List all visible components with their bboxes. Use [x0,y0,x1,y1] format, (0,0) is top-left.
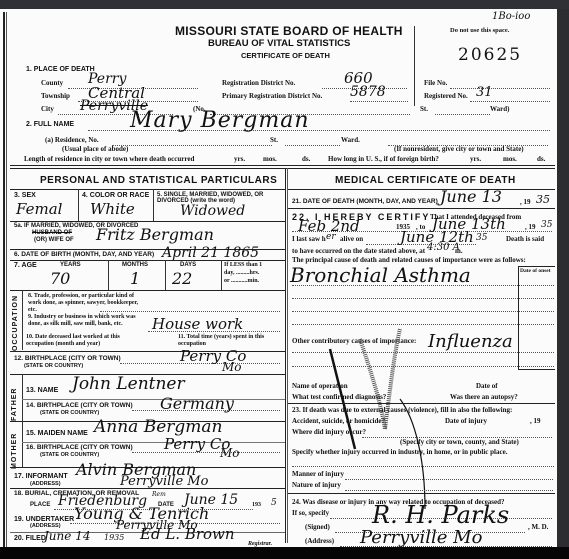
dob-value: April 21 1865 [162,245,259,261]
industry-value: House work [152,315,243,333]
city-label: City [41,105,54,113]
industry-label: 9. Industry or business in which work wa… [28,314,148,328]
specify-where-label: Specify whether injury occurred in indus… [292,448,507,456]
mother-birthplace-label: 16. BIRTHPLACE (CITY OR TOWN) [26,444,133,451]
operation-date-label: Date of [476,382,498,390]
township-label: Township [41,92,70,100]
certificate-stamp-number: 20625 [458,45,522,65]
full-name-value: Mary Bergman [130,108,310,133]
us-length-label: How long in U. S., if of foreign birth? [328,155,439,163]
death-said-label: Death is said [506,235,544,243]
manner-of-injury-label: Manner of injury [292,470,344,478]
less-than-label-3: or ...........min. [224,278,259,284]
age-months-value: 1 [130,269,140,288]
burial-note: Rem [152,491,166,498]
father-vertical-label: FATHER [11,388,18,421]
age-label: 7. AGE [14,262,37,269]
accident-label: Accident, suicide, or homicide? [292,417,385,425]
date-of-death-year-prefix: , 19 [520,198,531,206]
operation-label: Name of operation [292,382,348,390]
residence-label: (a) Residence, No. [45,136,99,144]
race-label: 4. COLOR OR RACE [82,192,149,199]
mother-name-label: 15. MAIDEN NAME [26,430,88,437]
length-mos: mos. [263,155,277,163]
informant-address-label: (ADDRESS) [30,481,61,487]
header-divider [414,26,415,106]
md-label: , M. D. [528,523,548,531]
physician-signature: R. H. Parks [372,501,509,529]
full-name-label: 2. FULL NAME [26,121,74,128]
less-than-label-2: day, .........hrs. [224,270,259,276]
age-days-label: DAYS [180,262,196,268]
viewer-bottom-bar [0,547,569,559]
viewer-top-bar [0,0,569,9]
death-certificate: 1Bo-ioo MISSOURI STATE BOARD OF HEALTH B… [0,9,557,547]
length-residence-label: Length of residence in city or town wher… [24,155,194,163]
file-no-label: File No. [424,79,447,87]
occurred-label: to have occurred on the date stated abov… [292,247,425,255]
usual-place-label: (Usual place of abode) [62,145,128,153]
do-not-use-label: Do not use this space. [450,27,509,34]
filed-date-value: June 14 [44,529,90,543]
marital-value: Widowed [180,203,245,219]
attended-to-year: 35 [541,220,552,230]
primary-registration-label: Primary Registration District No. [222,92,322,100]
street-label: St. [420,105,428,113]
occupation-vertical-label: OCCUPATION [12,295,19,351]
mother-birthplace-state-value: Mo [220,446,240,460]
attended-to-year-prefix: , 19 [525,223,536,231]
physician-address-value: Perryville Mo [360,527,482,547]
nature-of-injury-label: Nature of injury [292,481,341,489]
filed-label: 20. FILED [14,535,46,542]
length-ds: ds. [302,155,310,163]
column-divider [285,168,286,543]
undertaker-label: 19. UNDERTAKER [14,516,74,523]
signed-label: (Signed) [305,523,330,531]
less-than-label-1: If LESS than 1 [224,262,262,268]
place-of-death-label: 1. PLACE OF DEATH [26,66,95,73]
medical-section-title: MEDICAL CERTIFICATE OF DEATH [335,175,516,186]
burial-year-prefix: 193 [252,502,261,508]
nonresident-note: (If nonresident, give city or town and S… [394,145,524,153]
sex-value: Femal [16,200,62,218]
residence-street-label: St. [270,136,278,144]
total-time-label: 11. Total time (years) spent in this occ… [178,334,278,348]
date-of-death-label: 21. DATE OF DEATH (MONTH, DAY, AND YEAR) [292,198,438,205]
residence-ward-label: Ward. [341,136,360,144]
birthplace-sub-label: (STATE OR COUNTRY) [24,363,83,369]
age-months-label: MONTHS [122,262,148,268]
informant-label: 17. INFORMANT [14,473,68,480]
bureau-title: BUREAU OF VITAL STATISTICS [208,38,350,49]
informant-address-value: Perryville Mo [120,474,208,489]
race-value: White [90,200,135,218]
burial-place-label: PLACE [30,502,50,508]
injury-where-label: Where did injury occur? [292,428,366,436]
age-days-value: 22 [172,269,192,288]
birthplace-label: 12. BIRTHPLACE (CITY OR TOWN) [14,355,121,362]
us-mos: mos. [503,155,517,163]
filed-year-value: 1935 [104,533,124,542]
certificate-title: MISSOURI STATE BOARD OF HEALTH [175,24,403,38]
date-of-death-value: June 13 [440,187,502,206]
test-label: What test confirmed diagnosis? [292,393,386,401]
us-ds: ds. [537,155,545,163]
last-saw-year: 35 [476,233,487,243]
us-yrs: yrs. [470,155,481,163]
injury-year-label: , 19 [530,417,541,425]
registered-no-value: 31 [476,85,493,100]
mother-name-value: Anna Bergman [94,417,222,437]
father-name-label: 13. NAME [26,387,58,394]
last-saw-label: I last saw h [292,235,326,243]
contributory-cause-value: Influenza [428,331,513,352]
spouse-label-line2: HUSBAND OF [32,230,72,236]
primary-registration-value: 5878 [350,84,386,100]
mother-vertical-label: MOTHER [11,433,18,469]
left-border-inner [6,12,7,547]
dob-label: 6. DATE OF BIRTH (MONTH, DAY, AND YEAR) [14,251,154,258]
personal-section-title: PERSONAL AND STATISTICAL PARTICULARS [40,175,277,186]
top-note: 1Bo-ioo [492,11,530,22]
injury-date-label: Date of injury [445,417,487,425]
principal-cause-value: Bronchial Asthma [290,263,471,287]
sex-label: 3. SEX [14,192,36,199]
alive-on-label: alive on [340,235,363,243]
county-label: County [41,79,63,87]
date-of-death-year: 35 [536,193,550,206]
registration-district-label: Registration District No. [222,79,295,87]
onset-box [518,266,555,370]
ward-label: Ward) [490,105,509,113]
spouse-label-line3: (OR) WIFE OF [34,237,74,243]
length-yrs: yrs. [234,155,245,163]
external-causes-label: 23. If death was due to external causes … [292,406,512,414]
specify-city-label: (Specify city or town, county, and State… [400,438,519,446]
birthplace-state-value: Mo [222,360,242,374]
age-years-label: YEARS [60,262,81,268]
father-birthplace-sub: (STATE OR COUNTRY) [40,410,99,416]
father-name-value: John Lentner [72,374,185,394]
left-border [3,12,5,547]
registrar-signature: Ed L. Brown [140,525,235,543]
father-birthplace-label: 14. BIRTHPLACE (CITY OR TOWN) [26,402,133,409]
father-birthplace-value: Germany [160,394,234,413]
if-so-specify-label: If so, specify [292,509,329,517]
last-worked-label: 10. Date deceased last worked at this oc… [26,334,148,348]
spouse-value: Fritz Bergman [96,225,214,244]
last-saw-pronoun: er [326,232,336,242]
age-years-value: 70 [50,269,70,288]
certificate-subtitle: CERTIFICATE OF DEATH [241,51,330,60]
mother-birthplace-sub: (STATE OR COUNTRY) [40,452,99,458]
registered-no-label: Registered No. [424,92,468,100]
autopsy-label: Was there an autopsy? [450,393,518,401]
burial-year-value: 5 [271,498,277,508]
physician-address-label: (Address) [305,537,334,545]
onset-label: Date of onset [520,268,551,274]
m-label: m. [455,247,463,255]
viewer-right-bar [557,9,569,559]
